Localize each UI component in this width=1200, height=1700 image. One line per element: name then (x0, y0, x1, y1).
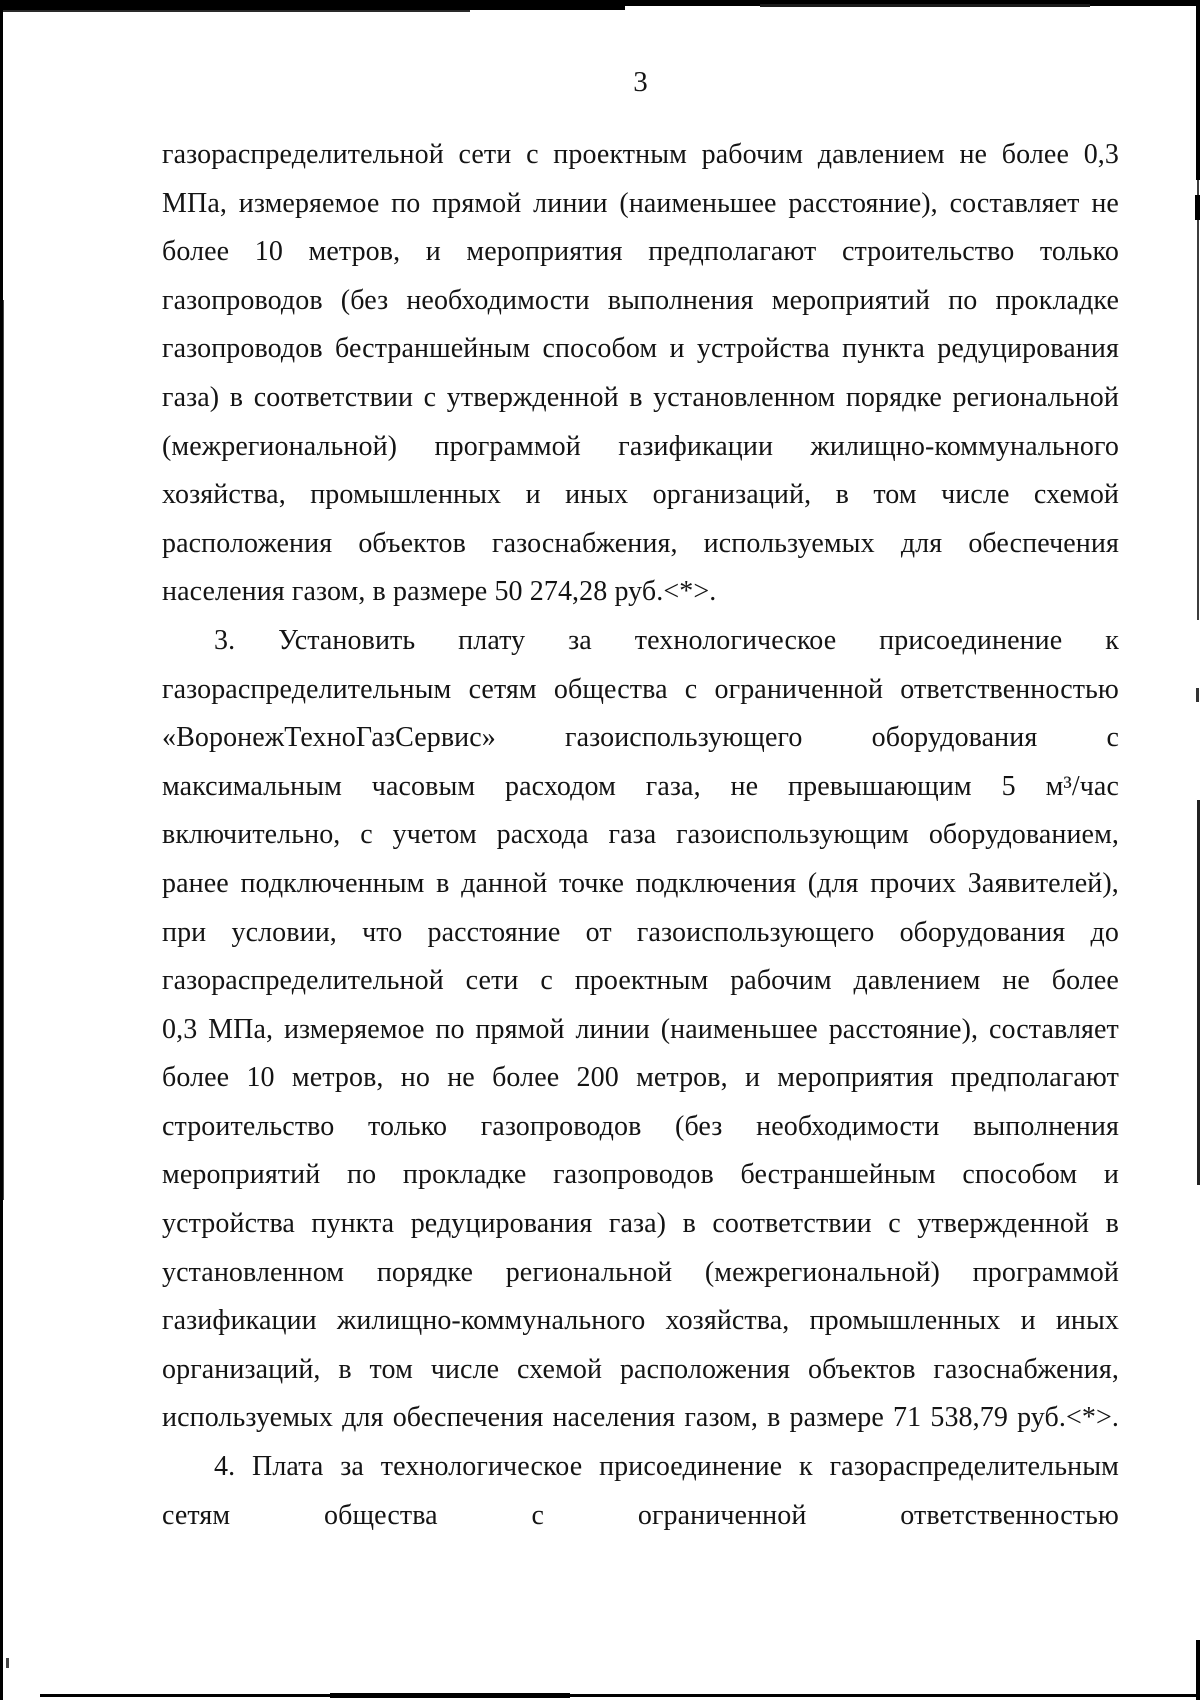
scan-edge-bottom (40, 1694, 1200, 1697)
text-line: расположенияобъектовгазоснабжения,исполь… (162, 520, 1119, 569)
scan-tick-right (1195, 195, 1200, 220)
scan-edge-top-thick (0, 0, 625, 10)
text-line: газопроводов(безнеобходимостивыполнениям… (162, 277, 1119, 326)
text-line: 4.Платазатехнологическоеприсоединениекга… (162, 1443, 1119, 1492)
text-line: организаций,втомчислесхемойрасположенияо… (162, 1346, 1119, 1395)
text-line: более10метров,нонеболее200метров,имеропр… (162, 1054, 1119, 1103)
text-line: газопроводовбестраншейнымспособомиустрой… (162, 325, 1119, 374)
text-line: населения газом, в размере 50 274,28 руб… (162, 568, 1119, 617)
text-line: газораспределительнойсетиспроектнымрабоч… (162, 131, 1119, 180)
scan-mark-top-middle (760, 4, 1090, 7)
text-line: хозяйства,промышленныхииныхорганизаций,в… (162, 471, 1119, 520)
text-line: 3.Установитьплатузатехнологическоеприсое… (162, 617, 1119, 666)
text-line: установленномпорядкерегиональной(межреги… (162, 1249, 1119, 1298)
scan-edge-right-bottom (1196, 1640, 1200, 1700)
text-line: максимальнымчасовымрасходомгаза,непревыш… (162, 763, 1119, 812)
text-line: ранееподключеннымвданнойточкеподключения… (162, 860, 1119, 909)
text-line: мероприятийпопрокладкегазопроводовбестра… (162, 1151, 1119, 1200)
text-line: МПа,измеряемоепопрямойлинии(наименьшеера… (162, 180, 1119, 229)
scan-edge-right-middle (1197, 180, 1199, 620)
scan-speck-right (1196, 688, 1199, 702)
text-line: газораспределительнойсетиспроектнымрабоч… (162, 957, 1119, 1006)
text-line: более10метров,имероприятияпредполагаютст… (162, 228, 1119, 277)
page-number: 3 (162, 58, 1119, 107)
scan-speck-bottom-left (6, 1658, 9, 1668)
text-line: газораспределительнымсетямобществасогран… (162, 666, 1119, 715)
text-line: используемыхдляобеспечениянаселениягазом… (162, 1394, 1119, 1443)
scan-edge-bottom-thick (330, 1693, 570, 1698)
text-line: газа)всоответствиисутвержденнойвустановл… (162, 374, 1119, 423)
scan-edge-right-upper (1196, 0, 1200, 180)
scan-edge-top-line (0, 10, 470, 12)
text-line: газификациижилищно-коммунальногохозяйств… (162, 1297, 1119, 1346)
text-line: строительствотолькогазопроводов(безнеобх… (162, 1103, 1119, 1152)
text-line: 0,3МПа,измеряемоепопрямойлинии(наименьше… (162, 1006, 1119, 1055)
text-line: сетямобществасограниченнойответственност… (162, 1492, 1119, 1541)
document-page: 3 газораспределительнойсетиспроектнымраб… (0, 0, 1200, 1700)
text-body: газораспределительнойсетиспроектнымрабоч… (162, 131, 1119, 1540)
text-line: устройствапунктаредуцированиягаза)всоотв… (162, 1200, 1119, 1249)
text-line: приусловии,чторасстояниеотгазоиспользующ… (162, 909, 1119, 958)
scan-edge-left-faint (3, 300, 4, 1200)
text-line: включительно,сучетомрасходагазагазоиспол… (162, 811, 1119, 860)
text-line: «ВоронежТехноГазСервис»газоиспользующего… (162, 714, 1119, 763)
text-line: (межрегиональной)программойгазификациижи… (162, 423, 1119, 472)
